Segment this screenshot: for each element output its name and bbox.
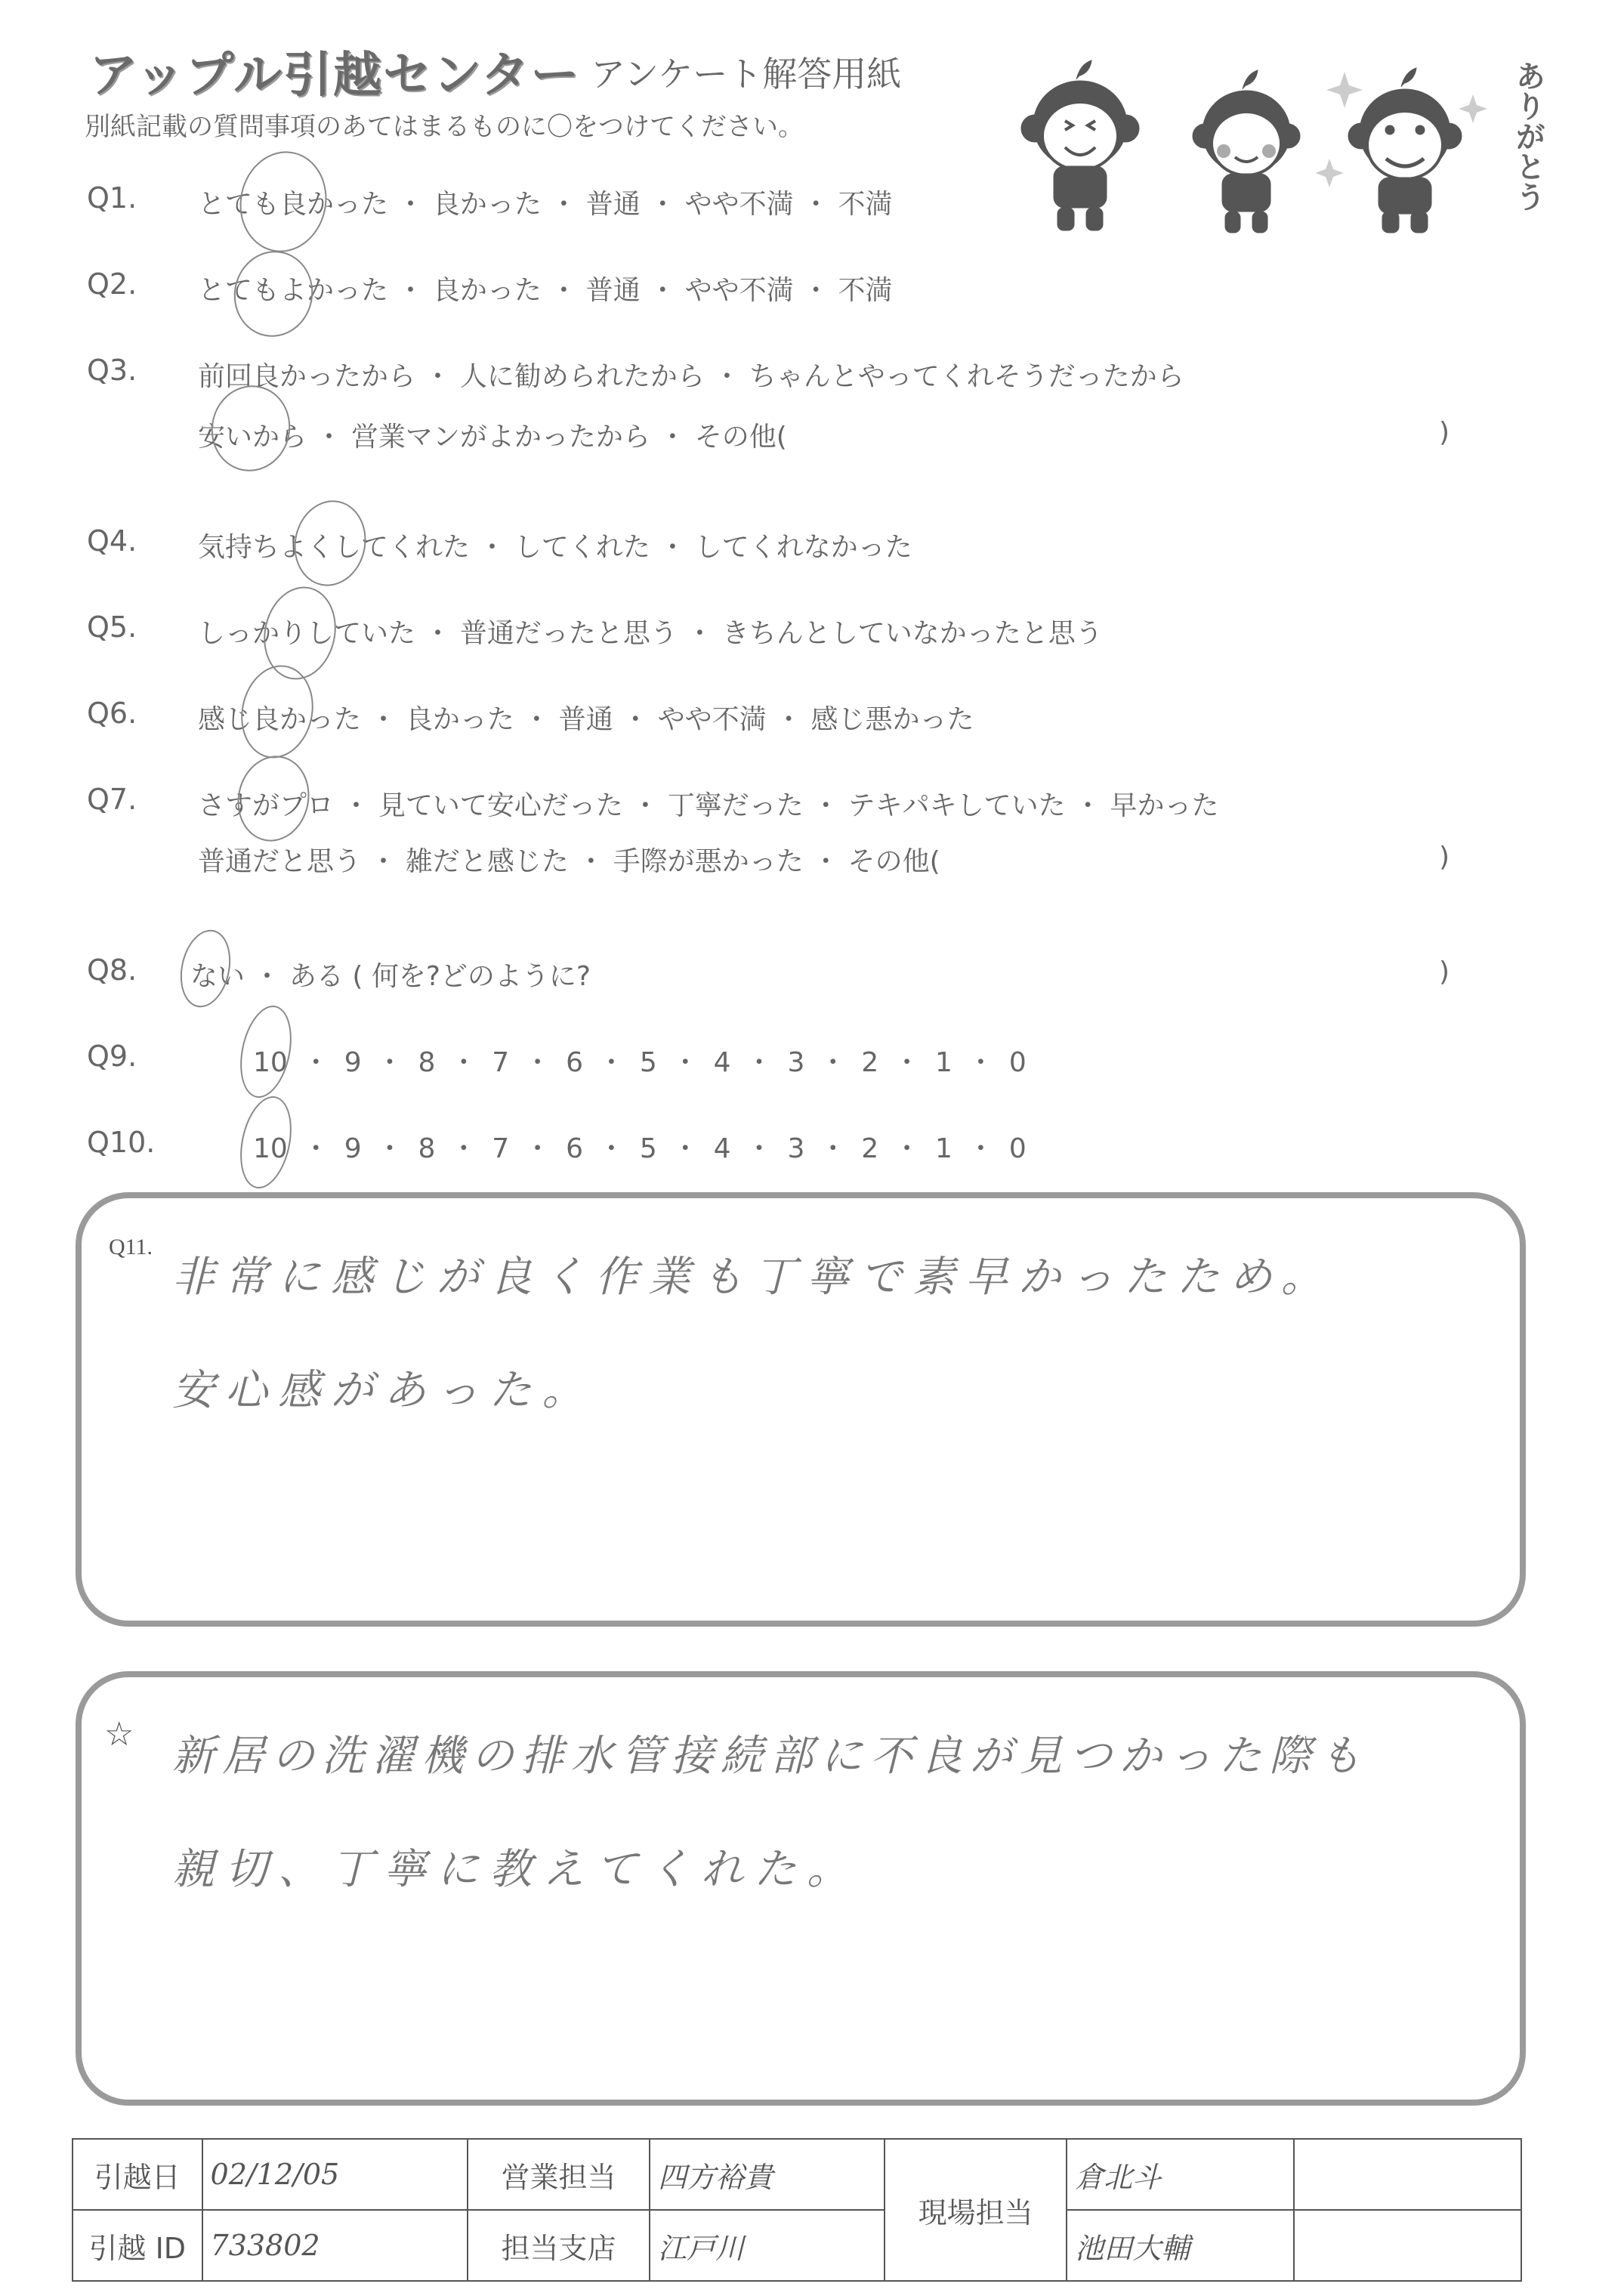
field-staff-empty-1	[1294, 2139, 1521, 2210]
q11-comment-line1: 非常に感じが良く作業も丁寧で素早かったため。	[172, 1244, 1334, 1312]
company-title: アップル引越センター	[89, 36, 580, 106]
branch-label: 担当支店	[468, 2210, 650, 2281]
sales-rep-value: 四方裕貴	[650, 2139, 885, 2210]
field-staff-label: 現場担当	[885, 2139, 1067, 2281]
move-id-label: 引越 ID	[73, 2210, 202, 2281]
q2-selection-circle	[226, 243, 320, 344]
move-info-table: 引越日 02/12/05 営業担当 四方裕貴 現場担当 倉北斗 引越 ID 73…	[72, 2138, 1522, 2282]
star-comment-line2: 親切、丁寧に教えてくれた。	[172, 1836, 860, 1904]
move-id-value: 733802	[202, 2210, 468, 2281]
sales-rep-label: 営業担当	[468, 2139, 650, 2210]
form-title: アンケート解答用紙	[591, 47, 901, 97]
field-staff-empty-2	[1294, 2210, 1521, 2281]
q9-label: Q9.	[87, 1040, 137, 1073]
q3-label: Q3.	[87, 354, 137, 387]
star-icon: ☆	[104, 1715, 134, 1754]
q7-selection-circle	[230, 749, 317, 848]
thanks-caption: ありがとう	[1507, 60, 1550, 212]
q6-options[interactable]: 感じ良かった ・ 良かった ・ 普通 ・ やや不満 ・ 感じ悪かった	[198, 698, 974, 737]
q9-options[interactable]: 10 ・ 9 ・ 8 ・ 7 ・ 6 ・ 5 ・ 4 ・ 3 ・ 2 ・ 1 ・…	[253, 1041, 1027, 1080]
q8-close-paren: )	[1439, 956, 1450, 987]
q8-label: Q8.	[87, 953, 137, 987]
q11-comment-line2: 安心感があった。	[172, 1357, 594, 1425]
q1-selection-circle	[230, 144, 335, 261]
q7-options-line1[interactable]: さすがプロ ・ 見ていて安心だった ・ 丁寧だった ・ テキパキしていた ・ 早…	[198, 784, 1219, 823]
field-staff-value-2: 池田大輔	[1067, 2210, 1294, 2281]
q7-close-paren: )	[1439, 842, 1450, 873]
q10-selection-circle	[233, 1092, 299, 1194]
additional-comment-box: ☆ 新居の洗濯機の排水管接続部に不良が見つかった際も 親切、丁寧に教えてくれた。	[76, 1671, 1526, 2106]
instruction-text: 別紙記載の質問事項のあてはまるものに〇をつけてください。	[85, 106, 804, 143]
q7-options-line2[interactable]: 普通だと思う ・ 雑だと感じた ・ 手際が悪かった ・ その他(	[198, 840, 940, 879]
q10-options[interactable]: 10 ・ 9 ・ 8 ・ 7 ・ 6 ・ 5 ・ 4 ・ 3 ・ 2 ・ 1 ・…	[253, 1127, 1027, 1166]
field-staff-value-1: 倉北斗	[1067, 2139, 1294, 2210]
q4-selection-circle	[286, 493, 374, 592]
q8-selection-circle	[174, 925, 237, 1012]
q2-label: Q2.	[87, 267, 137, 301]
q5-label: Q5.	[87, 610, 137, 644]
q4-label: Q4.	[87, 524, 137, 558]
star-comment-line1: 新居の洗濯機の排水管接続部に不良が見つかった際も	[172, 1723, 1369, 1791]
q9-selection-circle	[233, 1001, 299, 1103]
branch-value: 江戸川	[650, 2210, 885, 2281]
move-date-label: 引越日	[73, 2139, 202, 2210]
q3-close-paren: )	[1439, 417, 1450, 448]
q8-options[interactable]: ない ・ ある ( 何を?どのように?	[190, 955, 591, 994]
q3-options-line1[interactable]: 前回良かったから ・ 人に勧められたから ・ ちゃんとやってくれそうだったから	[198, 355, 1184, 394]
q11-comment-box: Q11. 非常に感じが良く作業も丁寧で素早かったため。 安心感があった。	[76, 1192, 1526, 1627]
q1-label: Q1.	[87, 181, 137, 215]
mascot-illustration	[1012, 53, 1511, 234]
q6-label: Q6.	[87, 697, 137, 730]
move-date-value: 02/12/05	[202, 2139, 468, 2210]
q7-label: Q7.	[87, 783, 137, 816]
q10-label: Q10.	[87, 1126, 155, 1159]
q11-label: Q11.	[109, 1235, 153, 1260]
monkey-mascots-icon	[1012, 53, 1511, 234]
